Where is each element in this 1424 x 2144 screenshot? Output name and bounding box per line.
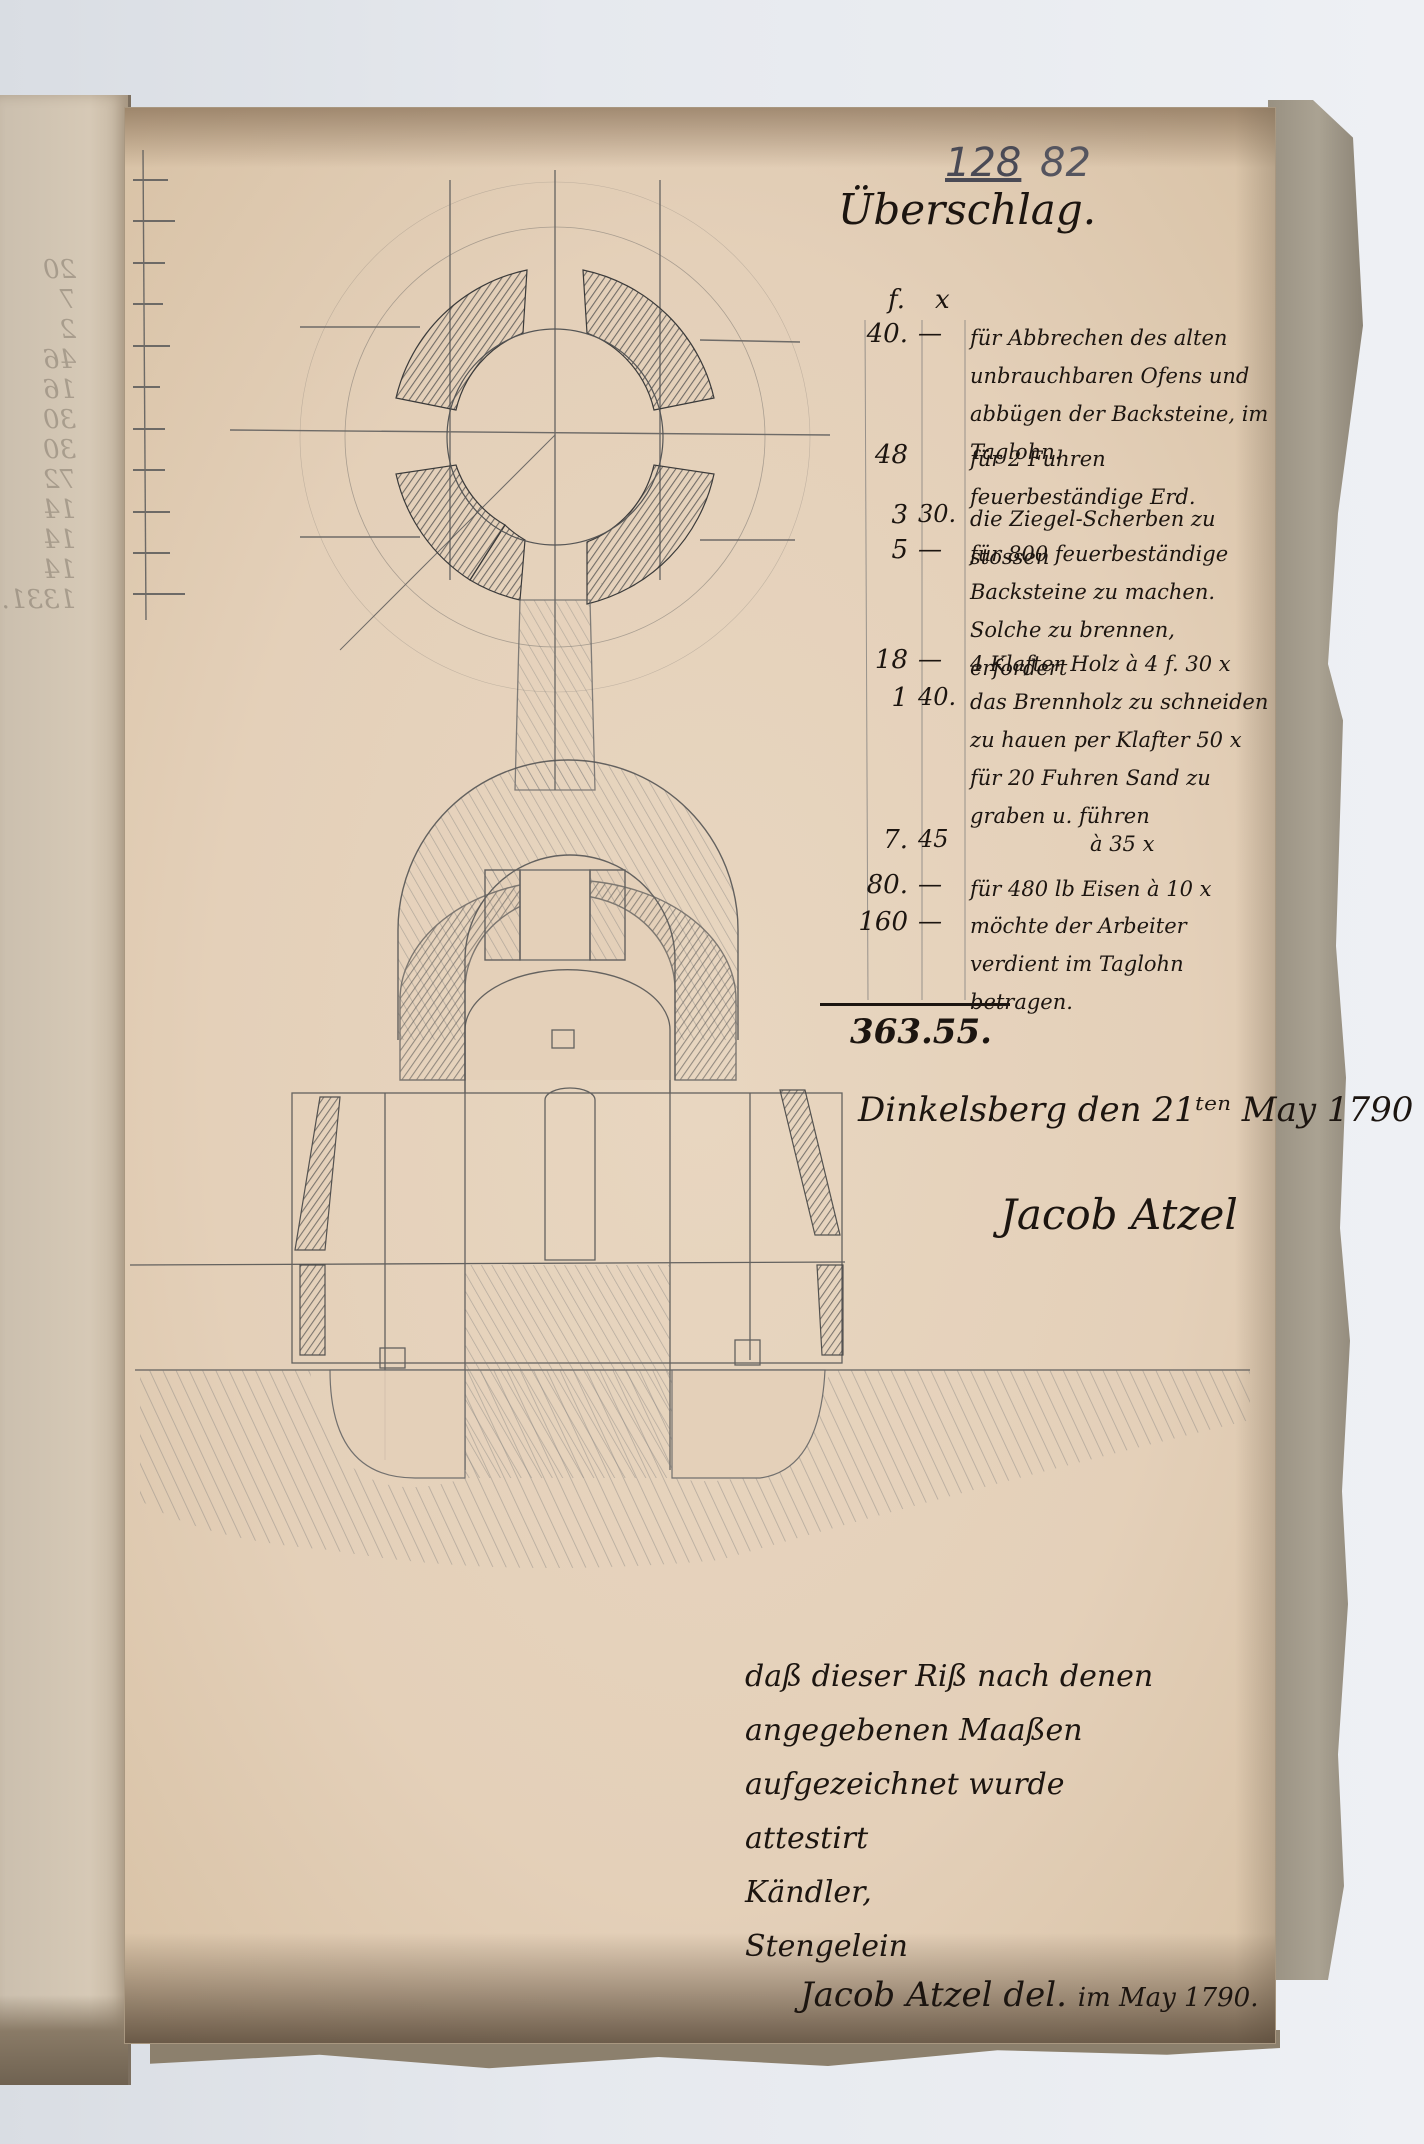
column-header-florins: f. bbox=[888, 285, 905, 315]
draftsman-name: Jacob Atzel bbox=[800, 1975, 993, 2015]
page-title: Überschlag. bbox=[838, 185, 1096, 234]
attestation-line: attestirt bbox=[745, 1812, 1195, 1866]
amount-kreuzer: — bbox=[918, 907, 968, 935]
amount-kreuzer: — bbox=[918, 645, 968, 673]
draftsman-signature: Jacob Atzel del. im May 1790. bbox=[800, 1975, 1258, 2015]
draft-date: im May 1790. bbox=[1078, 1983, 1259, 2013]
attestation-block: daß dieser Riß nach denen angegebenen Ma… bbox=[745, 1650, 1195, 1974]
folio-number-secondary: 82 bbox=[1040, 140, 1091, 186]
attestation-signer: Stengelein bbox=[745, 1920, 1195, 1974]
attestation-line: angegebenen Maaßen bbox=[745, 1704, 1195, 1758]
amount-florins: 80. bbox=[840, 870, 908, 900]
amount-kreuzer: 30. bbox=[918, 500, 968, 528]
item-description: möchte der Arbeiter verdient im Taglohn … bbox=[970, 907, 1270, 1021]
attestation-line: daß dieser Riß nach denen bbox=[745, 1650, 1195, 1704]
item-description: das Brennholz zu schneiden zu hauen per … bbox=[970, 683, 1270, 759]
folio-number-primary: 128 bbox=[945, 140, 1021, 186]
place-and-date: Dinkelsberg den 21ᵗᵉⁿ May 1790 bbox=[858, 1090, 1413, 1130]
attestation-line: aufgezeichnet wurde bbox=[745, 1758, 1195, 1812]
amount-florins: 1 bbox=[840, 683, 908, 713]
amount-kreuzer: 40. bbox=[918, 683, 968, 711]
item-description: für 20 Fuhren Sand zu graben u. führen bbox=[970, 759, 1270, 835]
signature: Jacob Atzel bbox=[1000, 1190, 1238, 1239]
attestation-signer: Kändler, bbox=[745, 1866, 1195, 1920]
delineavit-mark: del. bbox=[1003, 1975, 1067, 2015]
amount-florins: 7. bbox=[840, 825, 908, 855]
amount-kreuzer: — bbox=[918, 319, 968, 347]
amount-florins: 3 bbox=[840, 500, 908, 530]
column-header-kreuzer: x bbox=[935, 285, 950, 315]
amount-florins: 160 bbox=[840, 907, 908, 937]
amount-kreuzer: 45 bbox=[918, 825, 968, 853]
amount-florins: 48 bbox=[840, 440, 908, 470]
amount-florins: 40. bbox=[840, 319, 908, 349]
item-description: 4 Klafter Holz à 4 f. 30 x bbox=[970, 645, 1270, 683]
amount-kreuzer: — bbox=[918, 870, 968, 898]
ledger-total: 363.55. bbox=[850, 1012, 992, 1052]
item-description: à 35 x bbox=[1090, 825, 1390, 863]
amount-florins: 5 bbox=[840, 535, 908, 565]
total-rule bbox=[820, 1003, 1010, 1006]
amount-florins: 18 bbox=[840, 645, 908, 675]
amount-kreuzer: — bbox=[918, 535, 968, 563]
item-description: für 800 feuerbeständige Backsteine zu ma… bbox=[970, 535, 1270, 611]
item-description: für 480 lb Eisen à 10 x bbox=[970, 870, 1270, 908]
